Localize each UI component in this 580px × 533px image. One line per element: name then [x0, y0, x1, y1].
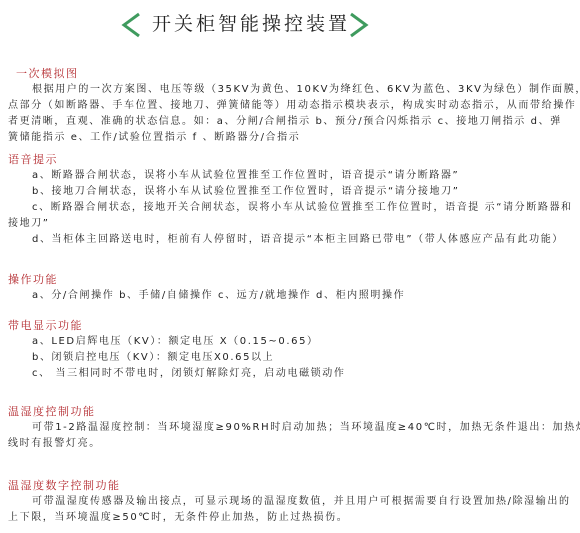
paragraph-line: 可带1-2路温湿度控制：当环境湿度≥90%RH时启动加热；当环境温度≥40℃时，… — [0, 420, 580, 436]
list-item: b、接地刀合闸状态，误将小车从试验位置推至工作位置时，语音提示“请分接地刀” — [0, 184, 580, 200]
paragraph-line: 簧储能指示 e、工作/试验位置指示 f 、断路器分/合指示 — [0, 130, 580, 146]
section-primary-diagram: 一次模拟图 根据用户的一次方案图、电压等级（35KV为黄色、10KV为绛红色、6… — [0, 66, 580, 146]
section-temp-humidity-control: 温湿度控制功能 可带1-2路温湿度控制：当环境湿度≥90%RH时启动加热；当环境… — [0, 404, 580, 452]
list-item: b、闭锁启控电压（KV）：额定电压X0.65以上 — [0, 350, 580, 366]
title-bar: 开关柜智能操控装置 — [0, 0, 580, 50]
section-voice-prompt: 语音提示 a、断路器合闸状态，误将小车从试验位置推至工作位置时，语音提示“请分断… — [0, 152, 580, 248]
paragraph-line: 根据用户的一次方案图、电压等级（35KV为黄色、10KV为绛红色、6KV为蓝色、… — [0, 82, 580, 98]
section-heading: 语音提示 — [0, 152, 580, 168]
list-item: a、LED启辉电压（KV）：额定电压 X（0.15~0.65） — [0, 334, 580, 350]
paragraph-line: 可带温湿度传感器及输出接点，可显示现场的温湿度数值，并且用户可根据需要自行设置加… — [0, 494, 580, 510]
list-item-continuation: 接地刀” — [0, 216, 580, 232]
section-heading: 温湿度控制功能 — [0, 404, 580, 420]
section-heading: 一次模拟图 — [0, 66, 580, 82]
list-item: a、分/合闸操作 b、手储/自储操作 c、远方/就地操作 d、柜内照明操作 — [0, 288, 580, 304]
list-item: d、当柜体主回路送电时，柜前有人停留时，语音提示“本柜主回路已带电”（带人体感应… — [0, 232, 580, 248]
paragraph-line: 上下限，当环境温度≥50℃时，无条件停止加热，防止过热损伤。 — [0, 510, 580, 526]
chevron-left-icon — [120, 12, 142, 38]
section-heading: 带电显示功能 — [0, 318, 580, 334]
section-heading: 操作功能 — [0, 272, 580, 288]
paragraph-line: 线时有报警灯亮。 — [0, 436, 580, 452]
section-heading: 温湿度数字控制功能 — [0, 478, 580, 494]
chevron-right-icon — [348, 12, 370, 38]
page-title: 开关柜智能操控装置 — [152, 10, 350, 38]
list-item: c、断路器合闸状态，接地开关合闸状态，误将小车从试验位置推至工作位置时，语音提 … — [0, 200, 580, 216]
section-operation: 操作功能 a、分/合闸操作 b、手储/自储操作 c、远方/就地操作 d、柜内照明… — [0, 272, 580, 304]
paragraph-line: 者更清晰，直观、准确的状态信息。如：a、分闸/合闸指示 b、预分/预合闪烁指示 … — [0, 114, 580, 130]
list-item: a、断路器合闸状态，误将小车从试验位置推至工作位置时，语音提示“请分断路器” — [0, 168, 580, 184]
paragraph-line: 点部分（如断路器、手车位置、接地刀、弹簧储能等）用动态指示模块表示，构成实时动态… — [0, 98, 580, 114]
section-digital-temp-humidity: 温湿度数字控制功能 可带温湿度传感器及输出接点，可显示现场的温湿度数值，并且用户… — [0, 478, 580, 526]
list-item: c、 当三相同时不带电时，闭锁灯解除灯亮，启动电磁锁动作 — [0, 366, 580, 382]
section-live-display: 带电显示功能 a、LED启辉电压（KV）：额定电压 X（0.15~0.65） b… — [0, 318, 580, 382]
